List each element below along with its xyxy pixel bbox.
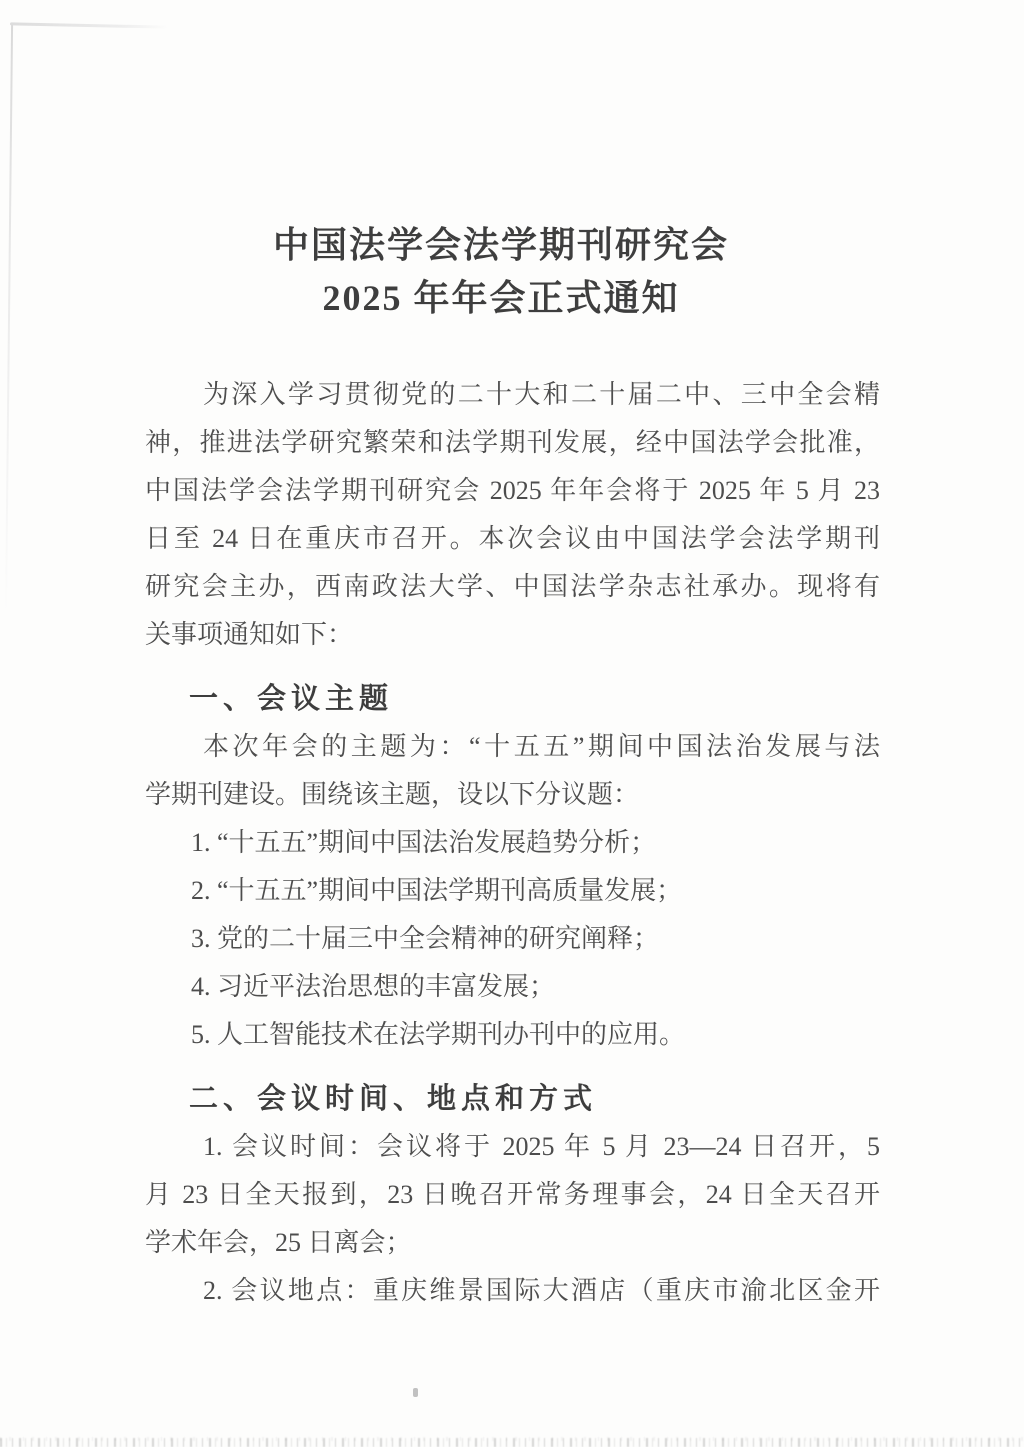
agenda-item-5: 5. 人工智能技术在法学期刊办刊中的应用。 (145, 1011, 880, 1059)
section-2-heading: 二、会议时间、地点和方式 (145, 1075, 880, 1123)
intro-line-6: 关事项通知如下： (145, 611, 880, 659)
agenda-item-2: 2. “十五五”期间中国法学期刊高质量发展； (145, 867, 880, 915)
section-2-line-4: 2. 会议地点：重庆维景国际大酒店（重庆市渝北区金开 (145, 1267, 880, 1315)
agenda-item-3: 3. 党的二十届三中全会精神的研究阐释； (145, 915, 880, 963)
intro-line-2: 神，推进法学研究繁荣和法学期刊发展，经中国法学会批准， (145, 419, 880, 467)
section-2-line-1: 1. 会议时间：会议将于 2025 年 5 月 23—24 日召开，5 (145, 1123, 880, 1171)
document-content: 中国法学会法学期刊研究会 2025 年年会正式通知 为深入学习贯彻党的二十大和二… (0, 0, 1024, 1447)
intro-line-4: 日至 24 日在重庆市召开。本次会议由中国法学会法学期刊 (145, 515, 880, 563)
title-line-2: 2025 年年会正式通知 (0, 272, 1013, 325)
section-2-line-3: 学术年会，25 日离会； (145, 1219, 880, 1267)
section-2-line-2: 月 23 日全天报到，23 日晚召开常务理事会，24 日全天召开 (145, 1171, 880, 1219)
scan-noise-band (0, 1438, 1024, 1447)
agenda-item-1: 1. “十五五”期间中国法治发展趋势分析； (145, 819, 880, 867)
section-1-line-1: 本次年会的主题为：“十五五”期间中国法治发展与法 (145, 723, 880, 771)
document-title: 中国法学会法学期刊研究会 2025 年年会正式通知 (0, 219, 1013, 325)
scanned-notice-page: 中国法学会法学期刊研究会 2025 年年会正式通知 为深入学习贯彻党的二十大和二… (0, 0, 1024, 1447)
document-body: 为深入学习贯彻党的二十大和二十届二中、三中全会精 神，推进法学研究繁荣和法学期刊… (145, 371, 880, 1315)
section-1-line-2: 学期刊建设。围绕该主题，设以下分议题： (145, 771, 880, 819)
intro-line-3: 中国法学会法学期刊研究会 2025 年年会将于 2025 年 5 月 23 (145, 467, 880, 515)
ink-speck-artifact (413, 1388, 418, 1397)
section-1-heading: 一、会议主题 (145, 675, 880, 723)
intro-line-5: 研究会主办，西南政法大学、中国法学杂志社承办。现将有 (145, 563, 880, 611)
title-line-1: 中国法学会法学期刊研究会 (0, 219, 1013, 272)
intro-line-1: 为深入学习贯彻党的二十大和二十届二中、三中全会精 (145, 371, 880, 419)
agenda-item-4: 4. 习近平法治思想的丰富发展； (145, 963, 880, 1011)
